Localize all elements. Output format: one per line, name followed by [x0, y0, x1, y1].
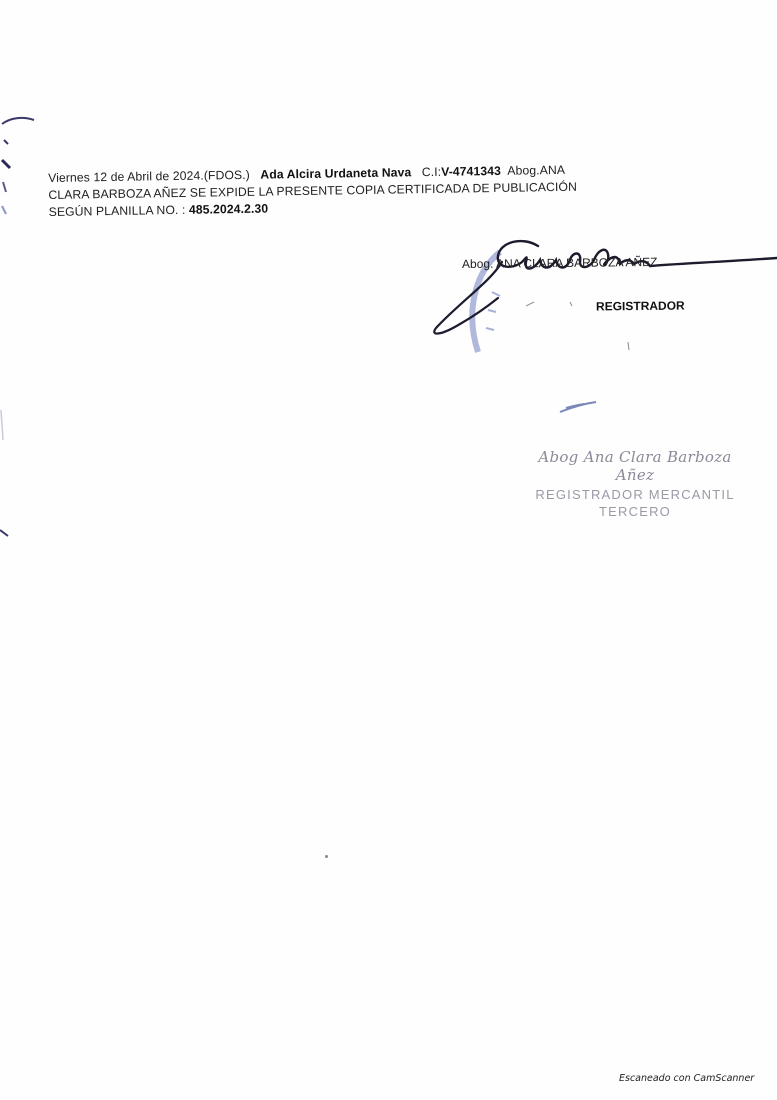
ci-value: V-4741343 — [441, 164, 501, 179]
scan-speck — [325, 855, 328, 858]
scanned-page: Viernes 12 de Abril de 2024.(FDOS.) Ada … — [0, 0, 777, 1100]
abog-text: Abog.ANA — [507, 163, 565, 178]
seal-edge-marks — [0, 110, 40, 550]
stamp-office-number: TERCERO — [520, 504, 750, 519]
signer-name: Abog. ANA CLARA BARBOZA AÑEZ — [462, 255, 658, 271]
stamp-name: Abog Ana Clara Barboza Añez — [520, 448, 750, 484]
planilla-label: SEGÚN PLANILLA NO. : — [49, 203, 186, 219]
person-name: Ada Alcira Urdaneta Nava — [260, 165, 411, 181]
certification-paragraph: Viernes 12 de Abril de 2024.(FDOS.) Ada … — [48, 160, 709, 221]
signer-role: REGISTRADOR — [596, 299, 685, 314]
camscanner-watermark: Escaneado con CamScanner — [619, 1073, 754, 1084]
stamp-initials-mark — [556, 396, 600, 418]
stamp-office: REGISTRADOR MERCANTIL — [520, 487, 750, 502]
ci-label: C.I: — [422, 165, 442, 179]
registrar-stamp: Abog Ana Clara Barboza Añez REGISTRADOR … — [520, 448, 750, 519]
date-text: Viernes 12 de Abril de 2024.(FDOS.) — [48, 168, 250, 185]
signature-block: Abog. ANA CLARA BARBOZA AÑEZ REGISTRADOR — [430, 232, 777, 372]
planilla-value: 485.2024.2.30 — [189, 202, 268, 217]
